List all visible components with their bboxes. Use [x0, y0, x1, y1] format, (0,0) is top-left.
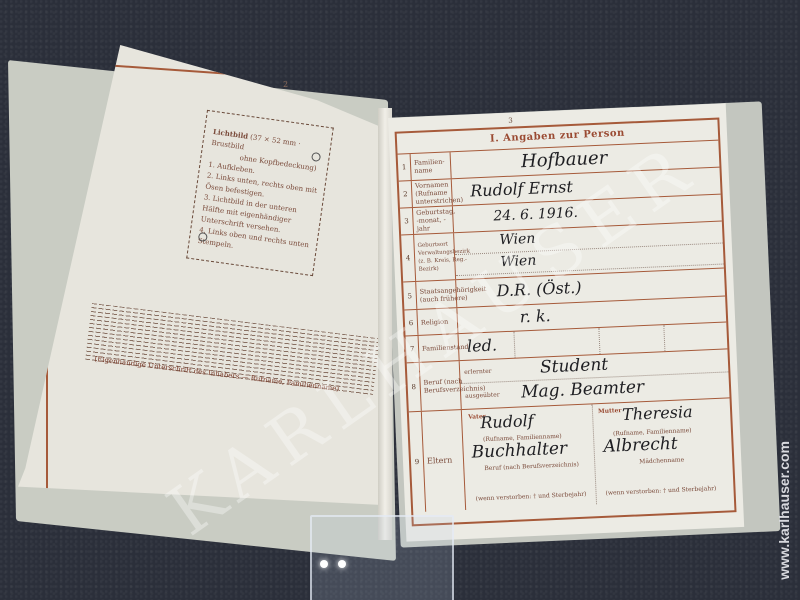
right-page: 3 I. Angaben zur Person 1 Familien-name …: [388, 103, 744, 541]
right-page-number: 3: [508, 117, 513, 125]
row-number: 7: [406, 336, 420, 363]
row-number: 3: [400, 208, 414, 235]
row-number: 6: [404, 310, 418, 336]
handwritten-value: Mag. Beamter: [521, 377, 645, 402]
father-first-name: Rudolf: [480, 411, 534, 432]
handwritten-value: Hofbauer: [521, 147, 608, 172]
handwritten-value: Wien: [500, 253, 537, 271]
father-death-caption: (wenn verstorben: † und Sterbejahr): [476, 491, 587, 503]
dotted-line: [455, 243, 723, 256]
dotted-divider: [513, 332, 515, 358]
row-number: 2: [399, 181, 413, 208]
acrylic-stand: [310, 515, 454, 600]
handwritten-value: Wien: [499, 231, 536, 249]
light-reflection: [338, 560, 346, 568]
row-label: Geburtstag, -monat, -jahr: [413, 206, 454, 234]
mother-maiden-caption: Mädchenname: [639, 456, 684, 465]
practiced-occupation-label: ausgeübter: [465, 391, 500, 399]
handwritten-value: Rudolf Ernst: [470, 177, 573, 200]
mother-death-caption: (wenn verstorben: † und Sterbejahr): [605, 485, 716, 497]
row-number: 5: [403, 282, 417, 310]
row-parents: 9 Eltern Vater Rudolf (Rufname, Familien…: [409, 398, 734, 512]
handwritten-value: 24. 6. 1916.: [493, 205, 578, 225]
row-label: Familienstand: [419, 334, 460, 362]
handwritten-value: Student: [540, 355, 609, 378]
row-label: Eltern: [422, 410, 466, 512]
father-occupation-caption: Beruf (nach Berufsverzeichnis): [484, 461, 579, 472]
personal-data-table: I. Angaben zur Person 1 Familien-name Ho…: [395, 118, 737, 527]
row-label: Familien-name: [411, 152, 452, 180]
row-label: Beruf (nach Berufsverzeichnis): [420, 361, 462, 411]
mother-label: Mutter: [598, 407, 622, 415]
learned-occupation-label: erlernter: [464, 368, 492, 376]
row-label: Religion: [417, 308, 458, 335]
dotted-divider: [592, 404, 597, 504]
handwritten-value: D.R. (Öst.): [496, 278, 582, 301]
light-reflection: [320, 560, 328, 568]
row-label: Geburtsort Verwaltungsbezirk (z. B. Krei…: [414, 233, 456, 281]
father-occupation: Buchhalter: [471, 439, 567, 463]
dotted-divider: [663, 325, 665, 351]
dotted-divider: [598, 328, 600, 354]
left-page-number: 2: [283, 80, 288, 89]
row-label: Vornamen (Rufname unterstrichen): [412, 179, 453, 207]
eyelet-hole-icon: [311, 152, 321, 162]
mother-first-name: Theresia: [622, 402, 693, 424]
photo-placeholder-box: Lichtbild (37 × 52 mm · Brustbild ohne K…: [186, 110, 334, 276]
handwritten-value: r. k.: [519, 306, 551, 326]
row-label: Staatsangehörigkeit (auch frühere): [416, 280, 457, 309]
handwritten-value: led.: [467, 335, 498, 355]
open-soldbuch-booklet: 2 Lichtbild (37 × 52 mm · Brustbild ohne…: [0, 0, 800, 600]
row-number: 1: [398, 154, 412, 181]
website-watermark: www.karlhauser.com: [776, 441, 792, 580]
mother-maiden-name: Albrecht: [603, 434, 678, 457]
